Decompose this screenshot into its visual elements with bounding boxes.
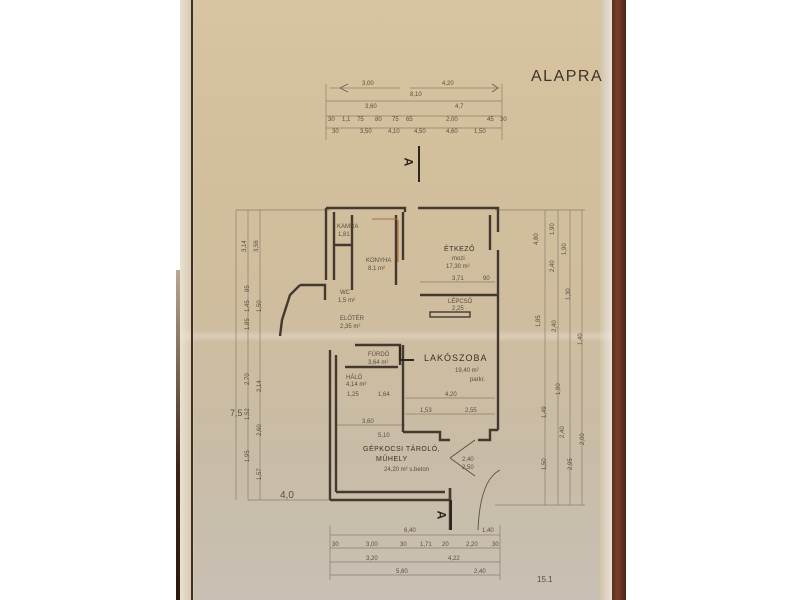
room-etkezo-area: 17,30 m²: [446, 264, 470, 270]
dim-top-3f: 65: [406, 117, 413, 123]
dim-bottom-right: 1,40: [482, 528, 494, 534]
dim-right-14: 2,00: [580, 433, 586, 445]
dim-top-1b: 4,20: [442, 81, 454, 87]
dim-right-10: 1,90: [556, 383, 562, 395]
room-garage-area: 24,20 m² s.beton: [384, 467, 429, 473]
dim-bottom-4b: 2,40: [474, 569, 486, 575]
dim-bottom-3a: 3,20: [366, 556, 378, 562]
section-mark-top: A: [401, 158, 415, 167]
dim-top-3g: 2,00: [446, 117, 458, 123]
dim-left-lower-3: 1,52: [245, 408, 251, 420]
dim-top-4a: 30: [332, 129, 339, 135]
dim-int-8: 3,60: [362, 419, 374, 425]
section-mark-bottom: A: [434, 511, 448, 520]
room-kamra-area: 1,81: [338, 232, 350, 238]
dim-bottom-2e: 20: [442, 542, 449, 548]
dim-bottom-3b: 4,22: [448, 556, 460, 562]
dim-right-5: 1,30: [566, 288, 572, 300]
dim-top-4c: 4,10: [388, 129, 400, 135]
dim-right-6: 1,85: [536, 315, 542, 327]
room-lakoszoba-name: LAKÓSZOBA: [424, 353, 488, 363]
dim-bottom-2f: 2,20: [466, 542, 478, 548]
dim-int-7: 1,64: [378, 392, 390, 398]
dim-bottom-2g: 30: [492, 542, 499, 548]
dim-left-6: 1,50: [257, 300, 263, 312]
room-kamra-name: KAMRA: [337, 224, 358, 230]
room-furdo-name: FÜRDŐ: [368, 352, 389, 358]
thin-lines: [450, 440, 500, 530]
dim-left-bottom: 4,0: [280, 490, 294, 501]
dim-bottom-2a: 30: [332, 542, 339, 548]
dim-right-4: 2,40: [550, 260, 556, 272]
dim-left-lower-5: 1,95: [245, 450, 251, 462]
dim-top-4e: 4,60: [446, 129, 458, 135]
room-halo-area: 4,14 m²: [346, 382, 366, 388]
dim-left-lower-2: 2,14: [257, 380, 263, 392]
dim-int-9: 5,10: [378, 433, 390, 439]
page-mark: 15.1: [537, 575, 553, 584]
dim-top-3e: 75: [392, 117, 399, 123]
dim-right-12: 1,50: [542, 458, 548, 470]
dim-int-1: 3,71: [452, 276, 464, 282]
dim-top-4b: 3,50: [360, 129, 372, 135]
dim-left-lower-4: 2,60: [257, 424, 263, 436]
room-lepcso-name: LÉPCSŐ: [448, 299, 472, 305]
room-konyha-area: 8,1 m²: [368, 266, 385, 272]
drawing-title: ALAPRA: [531, 68, 603, 86]
dim-int-6: 1,25: [347, 392, 359, 398]
dim-right-9: 1,49: [542, 406, 548, 418]
dim-right-8: 1,40: [578, 333, 584, 345]
room-furdo-area: 3,64 m²: [368, 360, 388, 366]
dim-top-2a: 3,60: [365, 104, 377, 110]
dim-top-1a: 3,00: [362, 81, 374, 87]
dim-top-3b: 1,1: [342, 117, 350, 123]
floor-plan-drawing: [0, 0, 800, 600]
dim-top-3c: 75: [357, 117, 364, 123]
room-konyha-name: KONYHA: [366, 258, 391, 264]
dim-top-2b: 4,7: [455, 104, 463, 110]
dim-bottom-4a: 5,60: [396, 569, 408, 575]
room-garage-name: GÉPKOCSI TÁROLÓ,: [363, 446, 440, 453]
room-etkezo-name: ÉTKEZŐ: [444, 246, 475, 253]
dim-right-1: 4,80: [534, 233, 540, 245]
dim-left-4: 1,45: [245, 300, 251, 312]
room-etkezo-floor: mozi: [452, 256, 465, 262]
room-lepcso-area: 2,25: [452, 306, 464, 312]
dim-bottom-total: 6,40: [404, 528, 416, 534]
dim-top-3d: 80: [375, 117, 382, 123]
dim-int-4: 1,53: [420, 408, 432, 414]
dim-left-3: 95: [245, 285, 251, 292]
room-eloter-area: 2,35 m²: [340, 324, 360, 330]
dim-left-lower-6: 1,57: [257, 468, 263, 480]
dim-int-2: 90: [483, 276, 490, 282]
dim-left-total: 7,5: [230, 408, 243, 418]
room-lakoszoba-area: 19,40 m²: [455, 368, 479, 374]
dim-int-5: 2,55: [465, 408, 477, 414]
dim-bottom-2d: 1,71: [420, 542, 432, 548]
room-wc-area: 1,5 m²: [338, 298, 355, 304]
dim-bottom-2c: 30: [400, 542, 407, 548]
dim-top-3a: 30: [328, 117, 335, 123]
dim-top-3i: 30: [500, 117, 507, 123]
dim-bottom-2b: 3,00: [366, 542, 378, 548]
dim-top-total: 8,10: [410, 92, 422, 98]
room-lakoszoba-floor: parkr.: [470, 377, 485, 383]
room-eloter-name: ELŐTÉR: [340, 316, 364, 322]
room-garage-name-line2: MŰHELY: [376, 456, 408, 463]
room-halo-name: HÁLÓ: [346, 375, 362, 381]
dim-int-11: 2,50: [462, 465, 474, 471]
dim-left-1: 3,14: [242, 240, 248, 252]
dim-right-3: 1,90: [562, 243, 568, 255]
dim-right-7: 2,40: [552, 320, 558, 332]
dim-right-2: 1,90: [550, 223, 556, 235]
dim-left-5: 1,85: [245, 318, 251, 330]
dim-int-10: 2,40: [462, 457, 474, 463]
dim-top-4d: 4,50: [414, 129, 426, 135]
dim-left-2: 3,56: [254, 240, 260, 252]
dim-top-3h: 45: [487, 117, 494, 123]
dim-top-4f: 1,50: [474, 129, 486, 135]
dim-right-11: 2,40: [560, 426, 566, 438]
dim-left-lower-1: 2,70: [245, 373, 251, 385]
dim-int-3: 4,20: [445, 392, 457, 398]
room-wc-name: WC: [340, 290, 350, 296]
dim-right-13: 2,95: [568, 458, 574, 470]
